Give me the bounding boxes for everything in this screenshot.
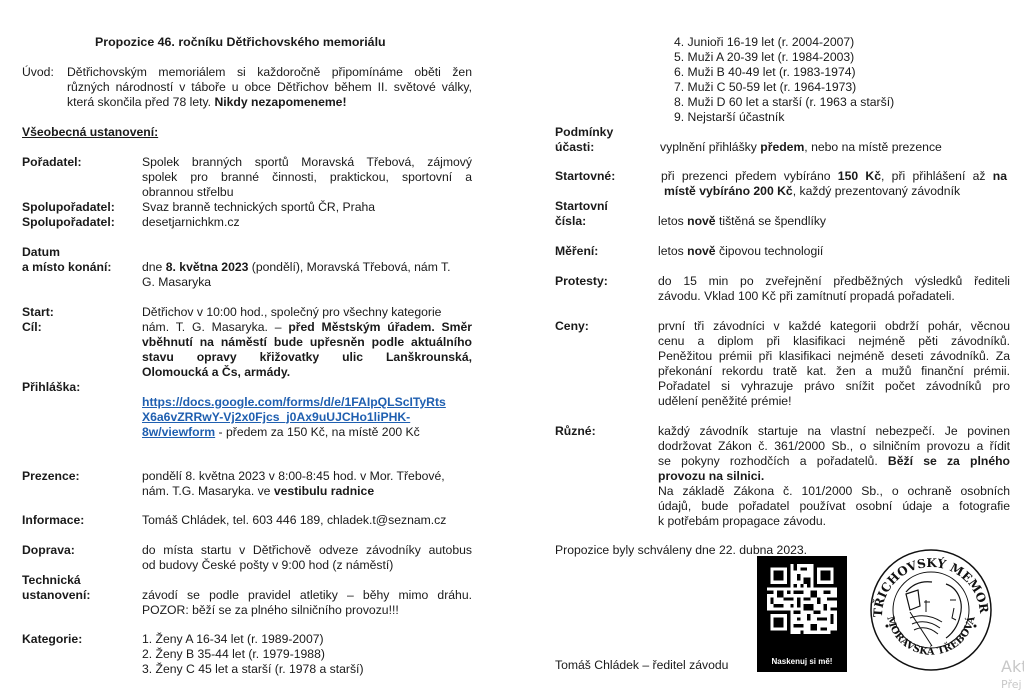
fee-line-1: při prezenci předem vybíráno 150 Kč, při… bbox=[661, 169, 1007, 184]
presence-line-1: pondělí 8. května 2023 v 8:00-8:45 hod. … bbox=[142, 469, 445, 484]
intro-bold-tail: Nikdy nezapomeneme! bbox=[214, 95, 346, 109]
info-label: Informace: bbox=[22, 513, 84, 528]
document-title: Propozice 46. ročníku Dětřichovského mem… bbox=[95, 35, 386, 50]
timing-suffix: čipovou technologií bbox=[716, 244, 824, 258]
conditions-value: vyplnění přihlášky předem, nebo na místě… bbox=[660, 140, 942, 155]
date-label-1: Datum bbox=[22, 245, 60, 260]
transport-line-1: do místa startu v Dětřichově odveze závo… bbox=[142, 543, 472, 558]
organizer-label: Pořadatel: bbox=[22, 155, 82, 170]
start-label: Start: bbox=[22, 305, 54, 320]
misc-line-1: každý závodník startuje na vlastní nebez… bbox=[658, 424, 1010, 439]
misc-prefix: se pokyny rozhodčích a pořadatelů. bbox=[658, 454, 888, 468]
finish-line-3: stavu opravy křižovatky ulic Lanškrounsk… bbox=[142, 350, 472, 365]
co-organizer-1-value: Svaz branně technických sportů ČR, Praha bbox=[142, 200, 375, 215]
conditions-label-2: účasti: bbox=[555, 140, 594, 155]
organizer-line-3: obrannou střelbu bbox=[142, 185, 233, 200]
presence-bold: vestibulu radnice bbox=[274, 484, 374, 498]
intro-line-2: různých národností v táboře u obce Dětři… bbox=[67, 80, 472, 95]
timing-label: Měření: bbox=[555, 244, 598, 259]
prizes-line: překonání rekordu tratě kat. žen a mužů … bbox=[658, 364, 1010, 379]
fee-bold-1: 150 Kč bbox=[838, 169, 881, 183]
category-item: 3. Ženy C 45 let a starší (r. 1978 a sta… bbox=[142, 662, 364, 677]
memorial-emblem: DĚTŘICHOVSKÝ MEMORIÁL MORAVSKÁ TŘEBOVÁ bbox=[866, 546, 996, 674]
intro-line-1: Dětřichovským memoriálem si každoročně p… bbox=[67, 65, 472, 80]
registration-link-line-3: 8w/viewform - předem za 150 Kč, na místě… bbox=[142, 425, 420, 440]
bib-label-2: čísla: bbox=[555, 214, 586, 229]
fee-mid: , při přihlášení až bbox=[881, 169, 993, 183]
fee-prefix: při prezenci předem vybíráno bbox=[661, 169, 838, 183]
fee-line-2: místě vybíráno 200 Kč, každý prezentovan… bbox=[664, 184, 960, 199]
conditions-suffix: , nebo na místě prezence bbox=[804, 140, 942, 154]
fee-bold-3: místě vybíráno 200 Kč bbox=[664, 184, 793, 198]
category-item: 9. Nejstarší účastník bbox=[674, 110, 784, 125]
fee-suffix: , každý prezentovaný závodník bbox=[793, 184, 960, 198]
timing-prefix: letos bbox=[658, 244, 687, 258]
category-item: 7. Muži C 50-59 let (r. 1964-1973) bbox=[674, 80, 856, 95]
qr-code: Naskenuj si mě! bbox=[757, 556, 847, 672]
bib-value: letos nově tištěná se špendlíky bbox=[658, 214, 826, 229]
organizer-line-2: spolek pro branné činnosti, praktickou, … bbox=[142, 170, 472, 185]
co-organizer-1-label: Spolupořadatel: bbox=[22, 200, 115, 215]
intro-label: Úvod: bbox=[22, 65, 54, 80]
date-prefix: dne bbox=[142, 260, 166, 274]
technical-line-1: závodí se podle pravidel atletiky – běhy… bbox=[142, 588, 472, 603]
transport-line-2: od budovy České pošty v 9:00 hod (z námě… bbox=[142, 558, 393, 573]
presence-prefix: nám. T.G. Masaryka. ve bbox=[142, 484, 274, 498]
qr-code-pattern bbox=[767, 564, 837, 634]
technical-line-2: POZOR: běží se za plného silničního prov… bbox=[142, 603, 399, 618]
prizes-line: Pořadatel si vyhrazuje právo snížit poče… bbox=[658, 379, 1010, 394]
categories-label: Kategorie: bbox=[22, 632, 82, 647]
transport-label: Doprava: bbox=[22, 543, 75, 558]
intro-line-3: která skončila před 78 lety. Nikdy nezap… bbox=[67, 95, 347, 110]
registration-price: - předem za 150 Kč, na místě 200 Kč bbox=[215, 425, 420, 439]
info-value: Tomáš Chládek, tel. 603 446 189, chladek… bbox=[142, 513, 446, 528]
registration-link-2[interactable]: X6a6vZRRwY-Vj2x0Fjcs_j0Ax9uUJCHo1liPHK- bbox=[142, 410, 410, 424]
finish-line-4: Olomoucká a Čs, armády. bbox=[142, 365, 290, 380]
category-item: 1. Ženy A 16-34 let (r. 1989-2007) bbox=[142, 632, 324, 647]
misc-line-3: se pokyny rozhodčích a pořadatelů. Běží … bbox=[658, 454, 1010, 469]
presence-line-2: nám. T.G. Masaryka. ve vestibulu radnice bbox=[142, 484, 374, 499]
misc-line-2: dodržovat Zákon č. 361/2000 Sb., o silni… bbox=[658, 439, 1010, 454]
co-organizer-2-label: Spolupořadatel: bbox=[22, 215, 115, 230]
prizes-line: Peněžitou prémii při klasifikaci nejméně… bbox=[658, 349, 1010, 364]
misc-line-6: údajů, bude pořadatel používat osobní úd… bbox=[658, 499, 1010, 514]
prizes-line: cenu a diplom při klasifikaci nejméně pě… bbox=[658, 334, 1010, 349]
protests-label: Protesty: bbox=[555, 274, 608, 289]
signature: Tomáš Chládek – ředitel závodu bbox=[555, 658, 728, 673]
activation-watermark-subtitle: Přej bbox=[1001, 678, 1022, 691]
misc-line-7: k potřebám propagace závodu. bbox=[658, 514, 826, 529]
registration-label: Přihláška: bbox=[22, 380, 80, 395]
date-value-line-1: dne 8. května 2023 (pondělí), Moravská T… bbox=[142, 260, 451, 275]
finish-line-2: vběhnutí na náměstí bude upřesněn podle … bbox=[142, 335, 472, 350]
co-organizer-2-value: desetjarnichkm.cz bbox=[142, 215, 240, 230]
qr-caption: Naskenuj si mě! bbox=[757, 657, 847, 666]
conditions-prefix: vyplnění přihlášky bbox=[660, 140, 760, 154]
finish-prefix: nám. T. G. Masaryka. – bbox=[142, 320, 288, 334]
category-item: 5. Muži A 20-39 let (r. 1984-2003) bbox=[674, 50, 854, 65]
bib-bold: nově bbox=[687, 214, 715, 228]
finish-bold-1: před Městským úřadem. Směr bbox=[288, 320, 472, 334]
finish-label: Cíl: bbox=[22, 320, 42, 335]
conditions-bold: předem bbox=[760, 140, 804, 154]
date-bold: 8. května 2023 bbox=[166, 260, 249, 274]
section-heading: Všeobecná ustanovení: bbox=[22, 125, 158, 140]
registration-link-1[interactable]: https://docs.google.com/forms/d/e/1FAIpQ… bbox=[142, 395, 446, 409]
registration-link-line-1[interactable]: https://docs.google.com/forms/d/e/1FAIpQ… bbox=[142, 395, 446, 410]
technical-label-1: Technická bbox=[22, 573, 81, 588]
misc-bold-1: Běží se za plného bbox=[888, 454, 1010, 468]
prizes-line: první tři závodníci v každé kategorii ob… bbox=[658, 319, 1010, 334]
presence-label: Prezence: bbox=[22, 469, 80, 484]
technical-label-2: ustanovení: bbox=[22, 588, 90, 603]
timing-bold: nově bbox=[687, 244, 715, 258]
organizer-line-1: Spolek branných sportů Moravská Třebová,… bbox=[142, 155, 472, 170]
fee-bold-2: na bbox=[993, 169, 1007, 183]
protests-line-2: závodu. Vklad 100 Kč při zamítnutí propa… bbox=[658, 289, 955, 304]
protests-line-1: do 15 min po zveřejnění předběžných výsl… bbox=[658, 274, 1010, 289]
category-item: 4. Junioři 16-19 let (r. 2004-2007) bbox=[674, 35, 854, 50]
activation-watermark-title: Akt bbox=[1001, 657, 1024, 676]
category-item: 6. Muži B 40-49 let (r. 1983-1974) bbox=[674, 65, 856, 80]
prizes-line: udělení peněžité prémie! bbox=[658, 394, 791, 409]
date-value-line-2: G. Masaryka bbox=[142, 275, 211, 290]
category-item: 8. Muži D 60 let a starší (r. 1963 a sta… bbox=[674, 95, 894, 110]
start-value: Dětřichov v 10:00 hod., společný pro vše… bbox=[142, 305, 441, 320]
intro-text: která skončila před 78 lety. bbox=[67, 95, 214, 109]
bib-suffix: tištěná se špendlíky bbox=[716, 214, 826, 228]
misc-line-4: provozu na silnici. bbox=[658, 469, 764, 484]
timing-value: letos nově čipovou technologií bbox=[658, 244, 823, 259]
misc-line-5: Na základě Zákona č. 101/2000 Sb., o och… bbox=[658, 484, 1010, 499]
fee-label: Startovné: bbox=[555, 169, 615, 184]
category-item: 2. Ženy B 35-44 let (r. 1979-1988) bbox=[142, 647, 325, 662]
bib-label-1: Startovní bbox=[555, 199, 608, 214]
conditions-label-1: Podmínky bbox=[555, 125, 613, 140]
registration-link-line-2[interactable]: X6a6vZRRwY-Vj2x0Fjcs_j0Ax9uUJCHo1liPHK- bbox=[142, 410, 410, 425]
date-suffix: (pondělí), Moravská Třebová, nám T. bbox=[248, 260, 450, 274]
finish-line-1: nám. T. G. Masaryka. – před Městským úřa… bbox=[142, 320, 472, 335]
prizes-label: Ceny: bbox=[555, 319, 589, 334]
date-label-2: a místo konání: bbox=[22, 260, 111, 275]
misc-label: Různé: bbox=[555, 424, 596, 439]
bib-prefix: letos bbox=[658, 214, 687, 228]
registration-link-3[interactable]: 8w/viewform bbox=[142, 425, 215, 439]
